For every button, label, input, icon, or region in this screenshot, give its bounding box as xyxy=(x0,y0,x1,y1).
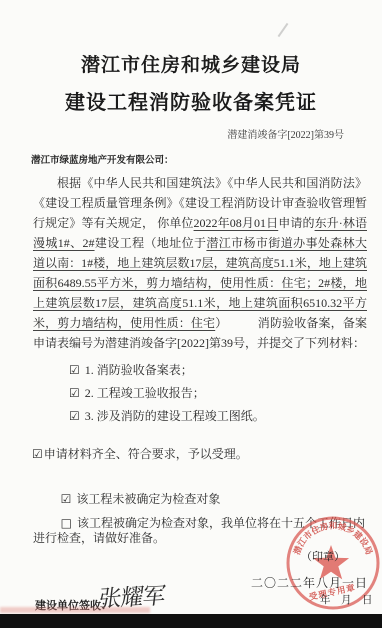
scan-ink-smudge xyxy=(0,607,150,613)
materials-list: ☑1. 消防验收备案表； ☑2. 工程竣工验收报告； ☑3. 涉及消防的建设工程… xyxy=(69,362,367,424)
addressee-line: 潜江市绿蓝房地产开发有限公司： xyxy=(31,152,367,166)
scan-scratch-mark xyxy=(278,23,289,37)
material-item-text: 1. 消防验收备案表； xyxy=(85,363,193,377)
material-item: ☑1. 消防验收备案表； xyxy=(69,362,367,378)
body-segment-underlined: 2022年08月01日 xyxy=(194,216,279,230)
date-blank-line: 年 月 日 xyxy=(320,592,373,607)
body-segment: 申请的 xyxy=(278,216,314,230)
checked-checkbox-icon: ☑ xyxy=(69,363,80,377)
empty-checkbox-icon: □ xyxy=(61,516,72,530)
material-item-text: 3. 涉及消防的建设工程竣工图纸。 xyxy=(85,409,265,423)
checked-checkbox-icon: ☑ xyxy=(69,409,80,423)
checked-checkbox-icon: ☑ xyxy=(32,447,43,461)
scanned-certificate-page: 潜江市住房和城乡建设局 建设工程消防验收备案凭证 潜建消竣备字[2022]第39… xyxy=(0,0,382,628)
scan-black-edge xyxy=(0,614,382,628)
body-segment: 建设工程（地址位于 xyxy=(95,236,207,250)
inspection-option-text: 该工程未被确定为检查对象 xyxy=(76,492,220,506)
issue-date: 二〇二二年八月一日 xyxy=(251,574,368,591)
material-item-text: 2. 工程竣工验收报告； xyxy=(85,386,205,400)
acceptance-statement: ☑申请材料齐全、符合要求，予以受理。 xyxy=(32,445,367,462)
document-title: 建设工程消防验收备案凭证 xyxy=(0,86,382,115)
material-item: ☑3. 涉及消防的建设工程竣工图纸。 xyxy=(69,408,367,424)
acceptance-text: 申请材料齐全、符合要求，予以受理。 xyxy=(44,447,248,461)
inspection-option-not-selected-for-check: ☑该工程未被确定为检查对象 xyxy=(33,492,367,507)
checked-checkbox-icon: ☑ xyxy=(61,492,72,506)
material-item: ☑2. 工程竣工验收报告； xyxy=(69,385,367,401)
checked-checkbox-icon: ☑ xyxy=(69,386,80,400)
body-paragraph: 根据《中华人民共和国建筑法》《中华人民共和国消防法》《建设工程质量管理条例》《建… xyxy=(33,173,367,353)
seal-placeholder-label: （印章） xyxy=(301,548,345,564)
document-number: 潜建消竣备字[2022]第39号 xyxy=(0,126,344,141)
issuer-title: 潜江市住房和城乡建设局 xyxy=(0,50,382,77)
